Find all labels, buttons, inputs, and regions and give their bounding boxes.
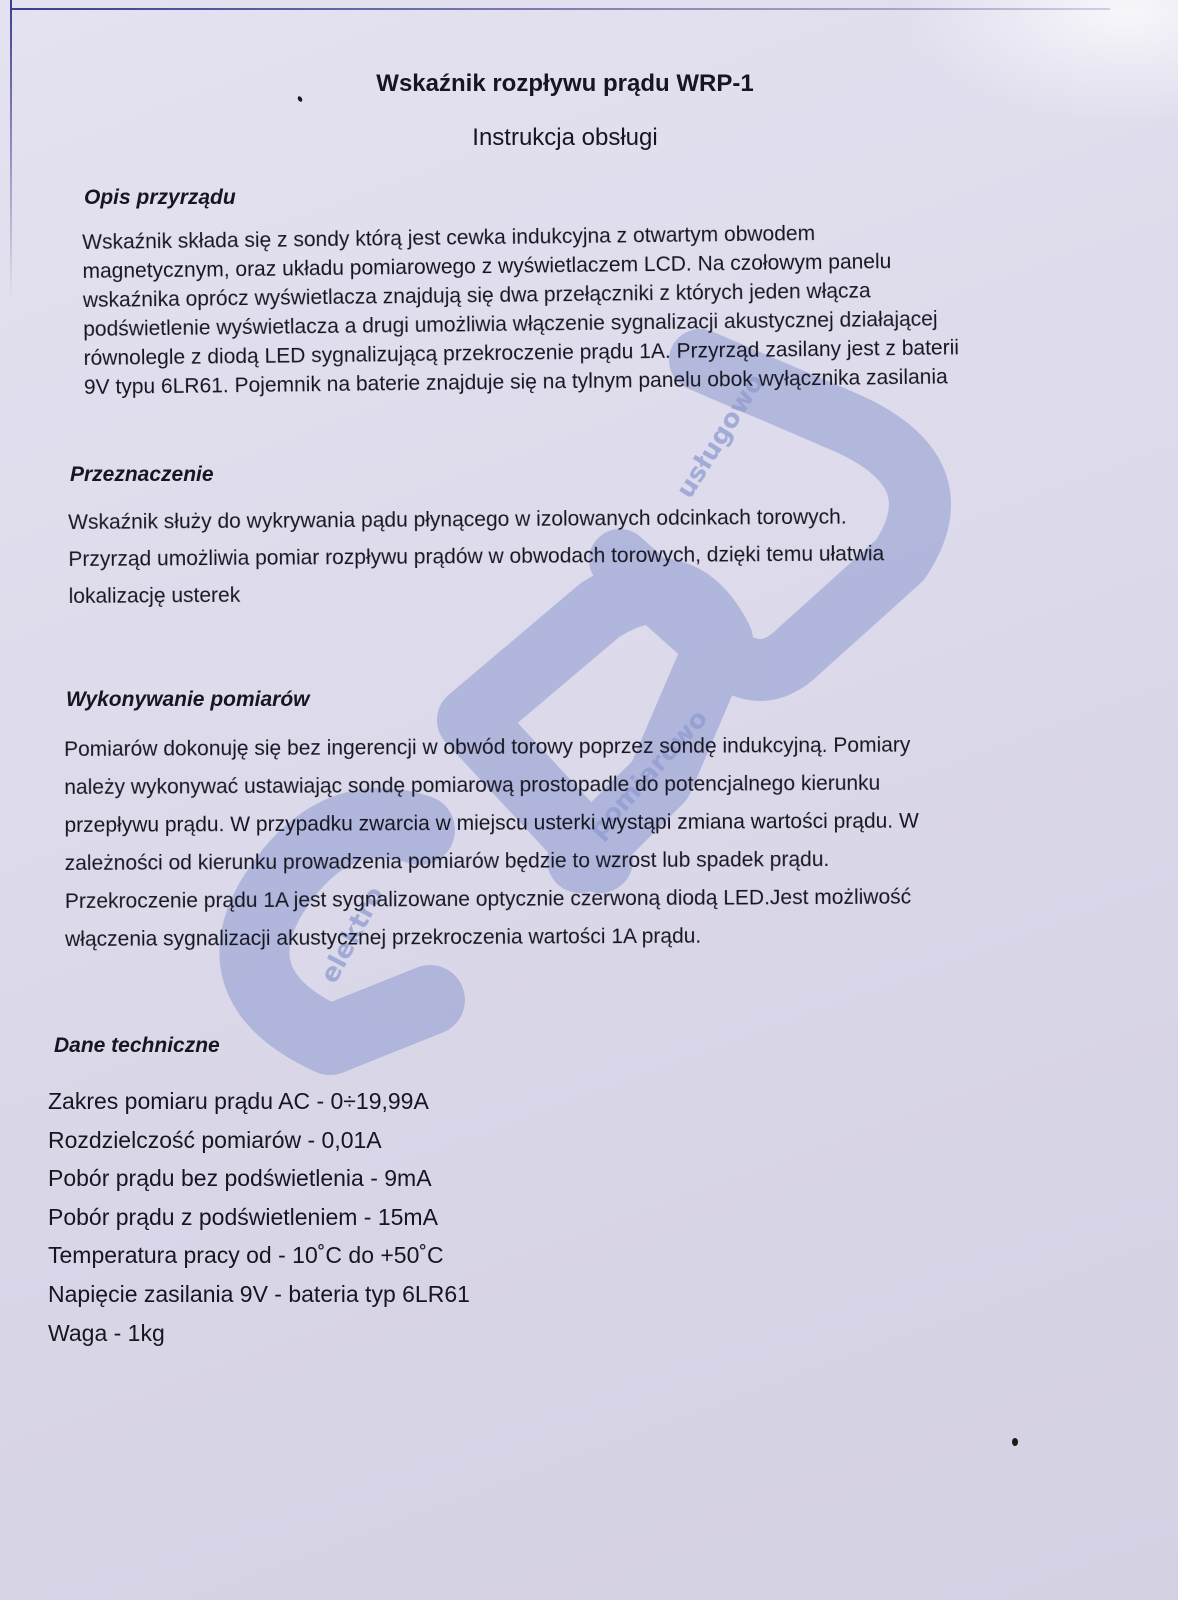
spec-item: Zakres pomiaru prądu AC - 0÷19,99A [48,1082,470,1121]
technical-data-list: Zakres pomiaru prądu AC - 0÷19,99A Rozdz… [48,1082,470,1352]
text-line: lokalizację usterek [69,572,885,615]
document-subtitle: Instrukcja obsługi [0,124,1130,152]
spec-item: Temperatura pracy od - 10˚C do +50˚C [48,1236,470,1275]
text-line: włączenia sygnalizacji akustycznej przek… [65,917,919,959]
text-line: należy wykonywać ustawiając sondę pomiar… [64,765,918,807]
paper-speck [1012,1438,1018,1446]
text-line: Przyrząd umożliwia pomiar rozpływu prądó… [68,535,884,578]
spec-item: Waga - 1kg [48,1314,470,1353]
spec-item: Rozdzielczość pomiarów - 0,01A [48,1121,470,1160]
document-title: Wskaźnik rozpływu prądu WRP-1 [0,70,1130,98]
section-body-purpose: Wskaźnik służy do wykrywania pądu płynąc… [68,498,885,615]
section-body-description: Wskaźnik składa się z sondy którą jest c… [82,217,959,402]
page-border-top [10,8,1110,10]
spec-item: Pobór prądu bez podświetlenia - 9mA [48,1159,470,1198]
section-heading-purpose: Przeznaczenie [70,463,214,487]
text-line: Pomiarów dokonuję się bez ingerencji w o… [64,727,918,769]
spec-item: Pobór prądu z podświetleniem - 15mA [48,1198,470,1237]
section-heading-measurements: Wykonywanie pomiarów [66,688,310,712]
light-glare [918,0,1178,120]
section-heading-description: Opis przyrządu [84,186,236,210]
text-line: Wskaźnik służy do wykrywania pądu płynąc… [68,498,884,541]
section-body-measurements: Pomiarów dokonuję się bez ingerencji w o… [64,727,919,959]
text-line: zależności od kierunku prowadzenia pomia… [65,841,919,883]
section-heading-technical-data: Dane techniczne [54,1034,220,1058]
text-line: przepływu prądu. W przypadku zwarcia w m… [64,803,918,845]
document-page: usługowo pomiarowo elektro Wskaźnik rozp… [0,0,1178,1600]
text-line: Przekroczenie prądu 1A jest sygnalizowan… [65,879,919,921]
spec-item: Napięcie zasilania 9V - bateria typ 6LR6… [48,1275,470,1314]
